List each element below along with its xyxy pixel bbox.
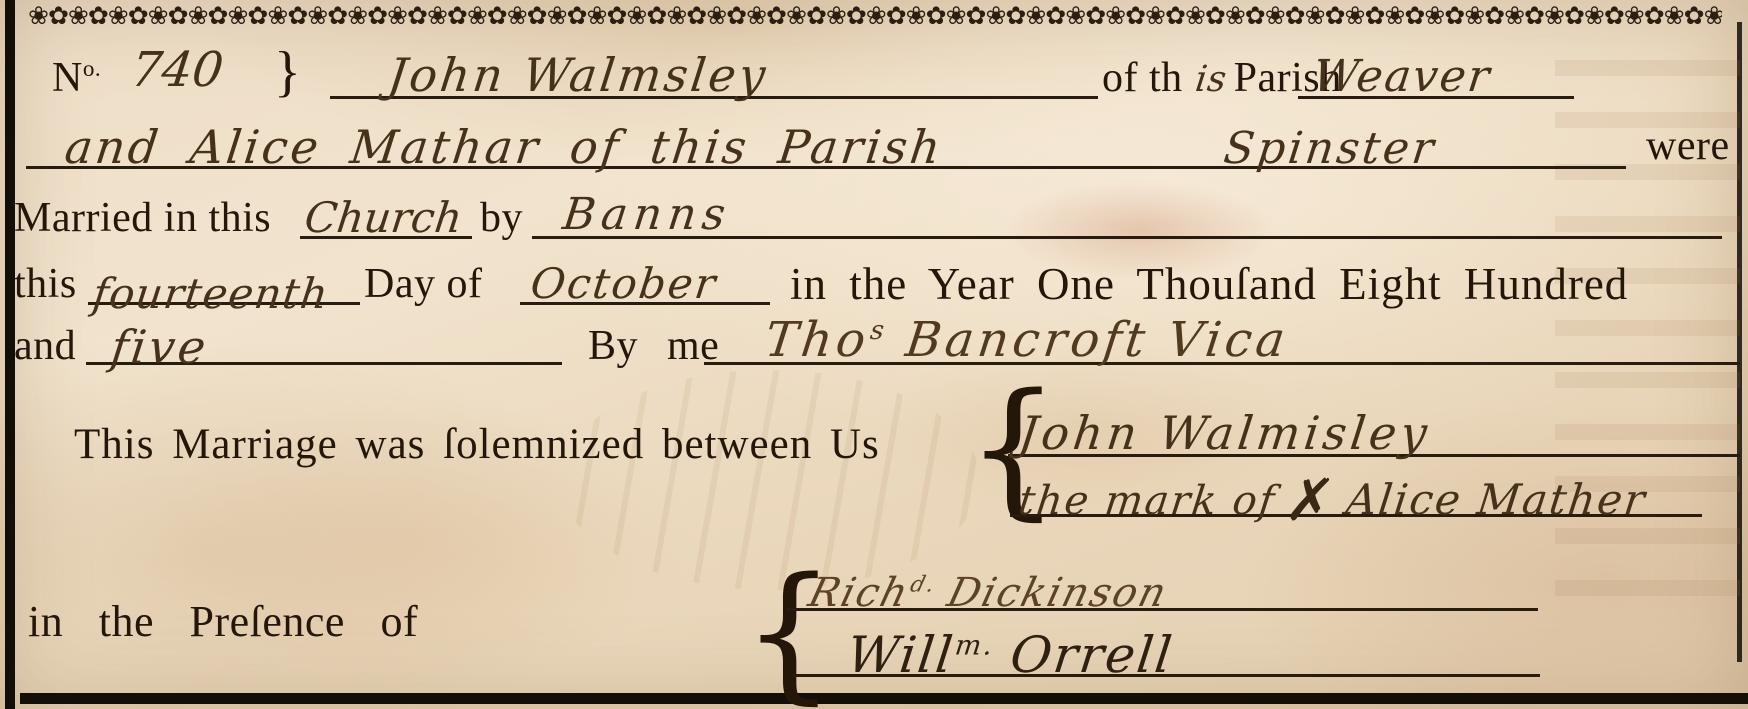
ornament-border: ❀✿❀✿❀✿❀✿❀✿❀✿❀✿❀✿❀✿❀✿❀✿❀✿❀✿❀✿❀✿❀✿❀✿❀✿❀✿❀✿…	[28, 0, 1722, 34]
officiant-post: Bancroft Vica	[883, 312, 1292, 368]
place-line: Church	[300, 192, 472, 239]
bride-mark-pre: the mark of	[1016, 478, 1279, 524]
year-word-line: five	[86, 318, 562, 365]
of-th-printed: of th	[1102, 54, 1183, 102]
witness1-signature: Richd. Dickinson	[804, 570, 1173, 616]
and-label: and	[14, 322, 76, 370]
groom-signature-line: John Walmisley	[1008, 402, 1740, 457]
witness2-post: Orrell	[989, 626, 1176, 684]
married-in-this-label: Married in this	[14, 194, 271, 242]
bride-line: and Alice Mathar of this Parish Spinster	[26, 118, 1626, 169]
year-word-entry: five	[108, 320, 212, 374]
were-label: were	[1646, 122, 1730, 170]
this-label: this	[14, 260, 77, 308]
by-label: by	[480, 194, 523, 242]
is-handwritten: is	[1193, 59, 1229, 100]
officiant-pre: Tho	[762, 312, 873, 368]
entry-number-label: No.	[52, 54, 101, 102]
entry-number-value: 740	[128, 42, 227, 98]
groom-name-entry: John Walmsley	[385, 48, 771, 102]
officiant-line: Thos Bancroft Vica	[704, 316, 1740, 365]
marriage-register-page: ❀✿❀✿❀✿❀✿❀✿❀✿❀✿❀✿❀✿❀✿❀✿❀✿❀✿❀✿❀✿❀✿❀✿❀✿❀✿❀✿…	[0, 0, 1748, 709]
month-entry: October	[528, 259, 720, 308]
groom-occupation-line: Weaver	[1298, 50, 1574, 99]
groom-occupation-entry: Weaver	[1310, 51, 1494, 102]
groom-signature-entry: John Walmisley	[1016, 406, 1434, 460]
bride-condition-entry: Spinster	[1221, 123, 1439, 174]
place-entry: Church	[302, 193, 465, 242]
by-me-label: By me	[588, 322, 719, 370]
groom-name-line: John Walmsley	[330, 50, 1098, 99]
witness1-pre: Rich	[804, 570, 915, 616]
witness2-pre: Will	[844, 626, 958, 684]
month-line: October	[520, 258, 770, 305]
bride-mark-post: Alice Mather	[1344, 475, 1650, 524]
method-line: Banns	[532, 192, 1722, 239]
entry-number-prefix: N	[52, 55, 83, 101]
year-printed-label: in the Year One Thouſand Eight Hundred	[790, 258, 1628, 310]
bride-signature-line: the mark of ✗ Alice Mather	[1010, 464, 1702, 517]
entry-number-sup: o.	[83, 55, 101, 81]
solemnized-label: This Marriage was ſolemnized between Us	[74, 420, 880, 469]
bride-name-entry: and Alice Mathar of this Parish	[62, 120, 946, 174]
day-of-label: Day of	[364, 260, 482, 308]
witness2-signature: Willm. Orrell	[844, 626, 1177, 684]
witness1-line: Richd. Dickinson	[786, 560, 1538, 611]
day-entry: fourteenth	[90, 269, 332, 318]
page-edge-bottom	[20, 693, 1748, 704]
officiant-signature: Thos Bancroft Vica	[762, 312, 1292, 368]
method-entry: Banns	[560, 189, 734, 240]
witness2-sup: m.	[953, 629, 996, 661]
witness1-post: Dickinson	[928, 570, 1173, 616]
witness2-line: Willm. Orrell	[792, 624, 1540, 677]
day-line: fourteenth	[88, 258, 360, 305]
entry-number-brace: }	[274, 40, 301, 104]
bride-signature-entry: the mark of ✗ Alice Mather	[1016, 475, 1649, 524]
presence-label: in the Preſence of	[28, 596, 418, 647]
